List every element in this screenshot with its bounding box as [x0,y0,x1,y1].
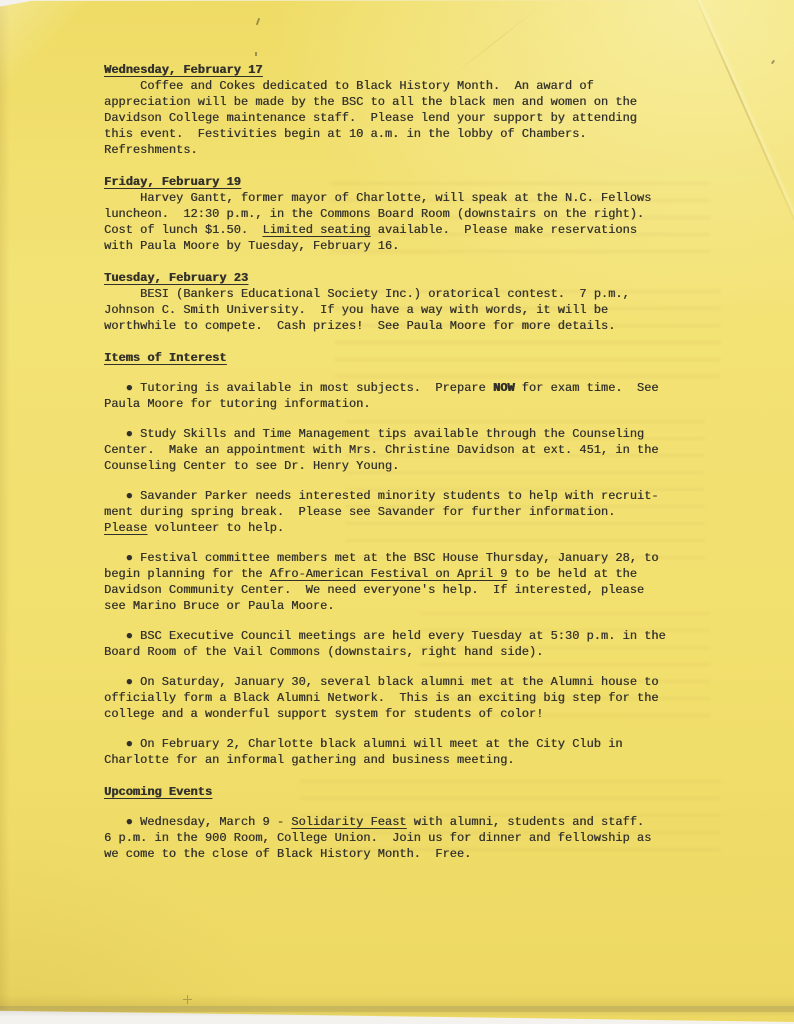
text-segment: ● Tutoring is available in most subjects… [104,381,493,395]
bullet-item: ● Wednesday, March 9 - Solidarity Feast … [104,814,752,862]
bullet-item: ● Study Skills and Time Management tips … [104,426,752,474]
section-wednesday-february-17: Wednesday, February 17 Coffee and Cokes … [104,62,752,158]
section-heading: Tuesday, February 23 [104,270,752,286]
paragraph: Coffee and Cokes dedicated to Black Hist… [104,78,752,158]
newsletter-content: Wednesday, February 17 Coffee and Cokes … [104,62,752,876]
bullet-item: ● On Saturday, January 30, several black… [104,674,752,722]
top-left-corner-fold [0,0,120,110]
text-segment: ● On Saturday, January 30, several black… [104,675,659,721]
section-heading: Friday, February 19 [104,174,752,190]
section-heading: Upcoming Events [104,784,752,800]
text-segment: BESI (Bankers Educational Society Inc.) … [104,287,630,333]
text-segment: ● BSC Executive Council meetings are hel… [104,629,666,659]
section-tuesday-february-23: Tuesday, February 23 BESI (Bankers Educa… [104,270,752,334]
bold-emphasis: NOW [493,381,515,395]
section-heading: Items of Interest [104,350,752,366]
underlined-phrase: Afro-American Festival on April 9 [270,567,508,581]
text-segment: ● On February 2, Charlotte black alumni … [104,737,623,767]
text-segment: Coffee and Cokes dedicated to Black Hist… [104,79,637,157]
section-upcoming-events: Upcoming Events ● Wednesday, March 9 - S… [104,784,752,862]
underlined-phrase: Solidarity Feast [291,815,406,829]
bullet-item: ● Tutoring is available in most subjects… [104,380,752,412]
paper-speck [255,52,257,56]
text-segment: ● Study Skills and Time Management tips … [104,427,659,473]
paper-bottom-edge-shadow [0,994,794,1012]
paper-speck [256,18,260,25]
bullet-item: ● Savander Parker needs interested minor… [104,488,752,536]
section-heading: Wednesday, February 17 [104,62,752,78]
paragraph: BESI (Bankers Educational Society Inc.) … [104,286,752,334]
text-segment: volunteer to help. [147,521,284,535]
bullet-item: ● Festival committee members met at the … [104,550,752,614]
section-items-of-interest: Items of Interest ● Tutoring is availabl… [104,350,752,768]
paper-speck [771,60,775,64]
text-segment: ● Wednesday, March 9 - [104,815,291,829]
paper-sheet: Wednesday, February 17 Coffee and Cokes … [0,0,794,1024]
section-friday-february-19: Friday, February 19 Harvey Gantt, former… [104,174,752,254]
paragraph: Harvey Gantt, former mayor of Charlotte,… [104,190,752,254]
bullet-item: ● BSC Executive Council meetings are hel… [104,628,752,660]
underlined-phrase: Limited seating [262,223,370,237]
scanned-newsletter-page: Wednesday, February 17 Coffee and Cokes … [0,0,794,1024]
text-segment: ● Savander Parker needs interested minor… [104,489,659,519]
bullet-item: ● On February 2, Charlotte black alumni … [104,736,752,768]
underlined-phrase: Please [104,521,147,535]
